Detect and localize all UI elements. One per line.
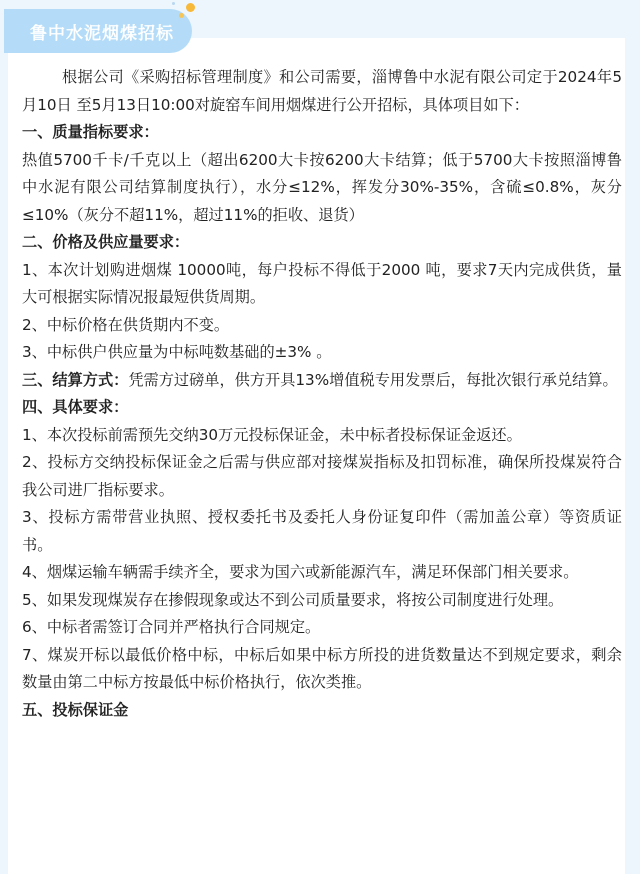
header-banner: 鲁中水泥烟煤招标 (4, 9, 192, 53)
settlement-text: 凭需方过磅单，供方开具13%增值税专用发票后，每批次银行承兑结算。 (128, 371, 617, 389)
list-item: 2、中标价格在供货期内不变。 (22, 312, 622, 340)
article-body: 根据公司《采购招标管理制度》和公司需要，淄博鲁中水泥有限公司定于2024年5月1… (22, 64, 622, 724)
settlement-paragraph: 三、结算方式：凭需方过磅单，供方开具13%增值税专用发票后，每批次银行承兑结算。 (22, 367, 622, 395)
list-item: 2、投标方交纳投标保证金之后需与供应部对接煤炭指标及扣罚标准，确保所投煤炭符合我… (22, 449, 622, 504)
intro-paragraph: 根据公司《采购招标管理制度》和公司需要，淄博鲁中水泥有限公司定于2024年5月1… (22, 64, 622, 119)
decorative-dot-icon (172, 2, 175, 5)
header-title: 鲁中水泥烟煤招标 (30, 19, 174, 44)
section-heading: 五、投标保证金 (22, 697, 622, 725)
list-item: 1、本次投标前需预先交纳30万元投标保证金，未中标者投标保证金返还。 (22, 422, 622, 450)
list-item: 5、如果发现煤炭存在掺假现象或达不到公司质量要求，将按公司制度进行处理。 (22, 587, 622, 615)
list-item: 4、烟煤运输车辆需手续齐全，要求为国六或新能源汽车，满足环保部门相关要求。 (22, 559, 622, 587)
section-heading: 三、结算方式： (22, 371, 128, 389)
list-item: 7、煤炭开标以最低价格中标，中标后如果中标方所投的进货数量达不到规定要求，剩余数… (22, 642, 622, 697)
section-heading: 四、具体要求： (22, 394, 622, 422)
list-item: 6、中标者需签订合同并严格执行合同规定。 (22, 614, 622, 642)
section-heading: 二、价格及供应量要求： (22, 229, 622, 257)
list-item: 1、本次计划购进烟煤 10000吨，每户投标不得低于2000 吨，要求7天内完成… (22, 257, 622, 312)
decorative-dot-icon (179, 13, 184, 18)
list-item: 3、投标方需带营业执照、授权委托书及委托人身份证复印件（需加盖公章）等资质证书。 (22, 504, 622, 559)
paragraph: 热值5700千卡/千克以上（超出6200大卡按6200大卡结算；低于5700大卡… (22, 147, 622, 230)
section-heading: 一、质量指标要求： (22, 119, 622, 147)
list-item: 3、中标供户供应量为中标吨数基础的±3% 。 (22, 339, 622, 367)
decorative-dot-icon (186, 3, 195, 12)
